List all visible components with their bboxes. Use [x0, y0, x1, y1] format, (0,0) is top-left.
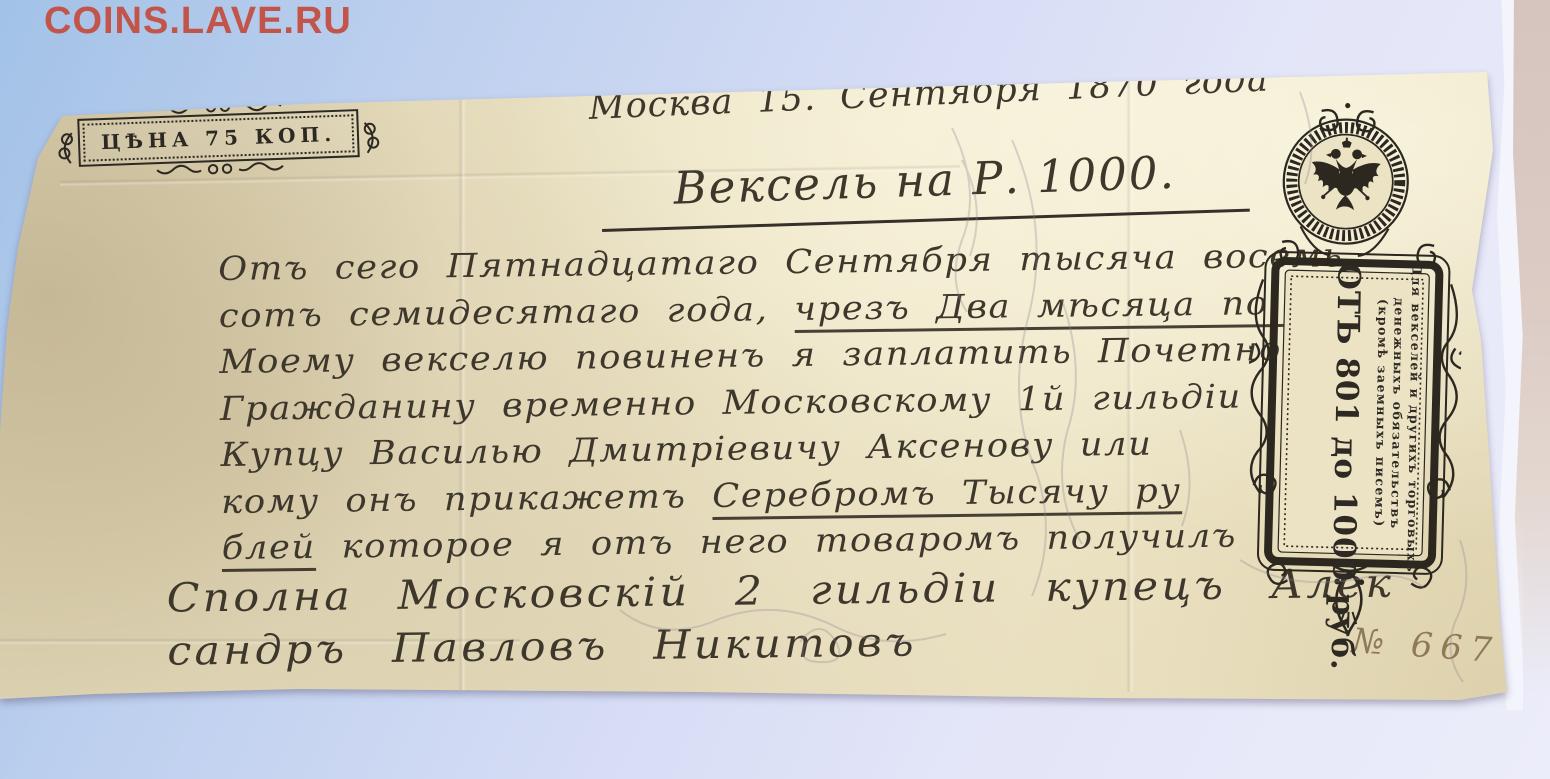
handwritten-segment: Отъ сего Пятнадцатаго Сентября тысяча во…: [218, 235, 1344, 288]
handwritten-segment: Моему векселю повиненъ я заплатить Почет…: [219, 328, 1335, 381]
price-stamp-box: ЦѢНА 75 КОП.: [77, 95, 361, 181]
handwritten-date-line: Москва 15. Сентября 1870 года: [588, 60, 1270, 128]
price-stamp-label: ЦѢНА 75 КОП.: [82, 114, 355, 161]
handwritten-segment: Гражданину временно Московскому 1й гильд…: [220, 376, 1242, 427]
handwritten-segment: блей: [221, 527, 316, 572]
handwritten-segment: Купцу Василью Дмитріевичу Аксенову или: [220, 424, 1152, 474]
handwritten-segment: которое я отъ него товаромъ получилъ: [316, 516, 1238, 566]
ornament-flourish-icon: [56, 127, 77, 168]
handwritten-title-line: Вексель на Р. 1000.: [600, 144, 1250, 232]
handwritten-segment: сандръ Павловъ Никитовъ: [167, 619, 917, 674]
stamp-value-line: ОТЪ 801 до 1000 руб.: [1326, 262, 1367, 563]
promissory-note-paper: ЦѢНА 75 КОП.: [0, 0, 1550, 779]
ornament-flourish-icon: [361, 116, 382, 157]
stamp-text-block: Для векселей и другихъ торговыхъ денежны…: [1299, 262, 1424, 564]
body-lines: Отъ сего Пятнадцатаго Сентября тысяча во…: [218, 232, 1400, 678]
handwritten-segment: Серебромъ Тысячу ру: [712, 470, 1182, 520]
photo-of-promissory-note: COINS.LAVE.RU ЦѢНА 75 КОП.: [0, 0, 1550, 779]
handwritten-segment: сотъ семидесятаго года,: [219, 288, 795, 334]
handwritten-segment: кому онъ прикажетъ: [221, 475, 713, 520]
